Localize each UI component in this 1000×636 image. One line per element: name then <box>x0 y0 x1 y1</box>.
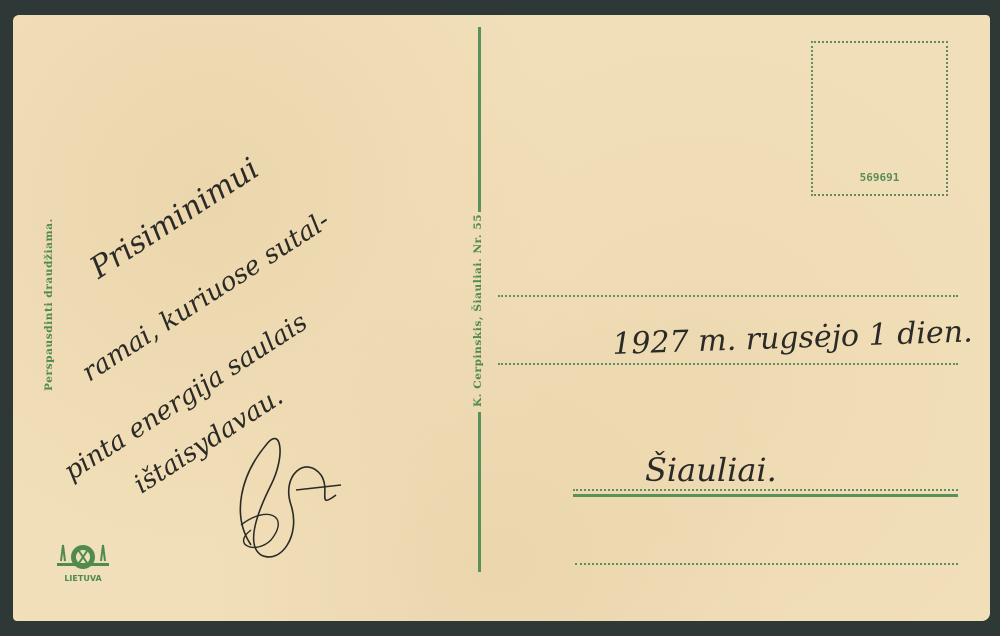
postcard: Perspausdinti draudžiama. K. Cerpinskis,… <box>13 15 990 621</box>
stamp-box-number: 569691 <box>813 171 946 184</box>
svg-text:LIETUVA: LIETUVA <box>64 574 102 583</box>
handwritten-date: 1927 m. rugsėjo 1 dien. <box>612 314 973 362</box>
handwritten-city: Šiauliai. <box>645 451 777 489</box>
address-line-3 <box>573 489 958 491</box>
address-line-4 <box>575 563 958 565</box>
copyright-notice: Perspausdinti draudžiama. <box>43 218 55 391</box>
publisher-imprint: K. Cerpinskis, Šiauliai. Nr. 55 <box>472 214 484 407</box>
divider-line-top <box>478 27 481 212</box>
signature-scribble <box>211 415 351 565</box>
address-line-2 <box>498 363 958 365</box>
address-line-1 <box>498 295 958 297</box>
stamp-box: 569691 <box>811 41 948 196</box>
address-underline <box>573 494 958 497</box>
divider-line-bottom <box>478 412 481 572</box>
message-line-2: ramai, kuriuose sutal- <box>77 206 335 388</box>
publisher-logo-icon: LIETUVA <box>53 537 113 585</box>
